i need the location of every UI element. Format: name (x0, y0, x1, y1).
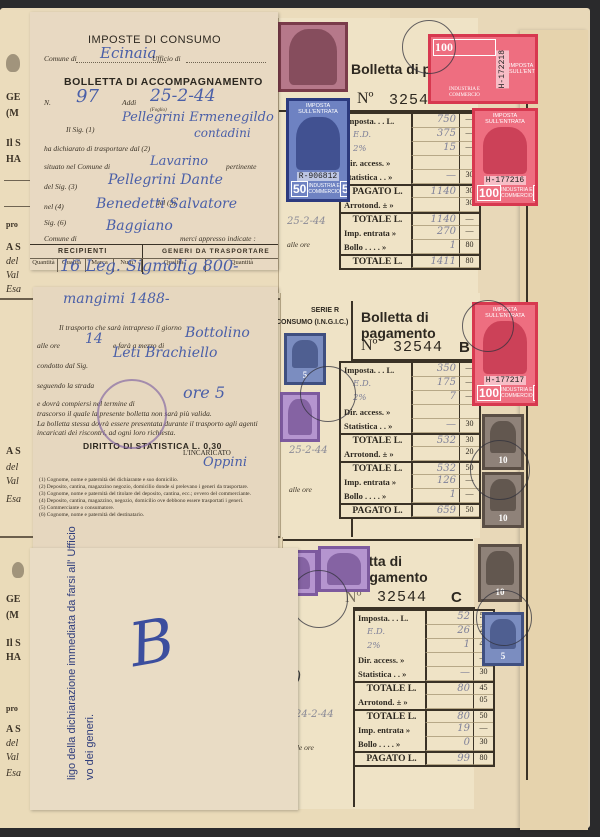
fee-amount (411, 156, 459, 170)
fee-row: E.D.175— (341, 377, 479, 391)
fee-label: Arrotond. ± » (341, 200, 411, 210)
transport-origin: Lavarino (150, 154, 208, 169)
ufficio-label: Ufficio di (152, 54, 181, 63)
driver-name: Leti Brachiello (113, 345, 217, 361)
fee-row: Imposta. . . L.350— (341, 363, 479, 377)
left-sheet-label: Il S (6, 638, 21, 649)
fee-row: Bollo . . . . »030 (355, 737, 493, 751)
number-label: N. (44, 98, 51, 107)
fee-label: Arrotond. ± » (341, 449, 411, 459)
fee-amount: 7 (411, 391, 459, 405)
left-sheet-label: Esa (6, 284, 21, 295)
fee-amount (411, 198, 459, 212)
fee-amount: 1411 (411, 256, 459, 268)
receipt-date: 25-2-44 (289, 445, 328, 456)
left-sheet-label: pro (6, 220, 18, 229)
left-sheet-label: (M (6, 610, 19, 621)
transport-label: ha dichiarato di trasportare dal (2) (44, 144, 150, 153)
fee-label: Statistica . . » (341, 421, 411, 431)
stamp-serial: R-906812 (297, 172, 339, 181)
series-header: SERIE R (311, 307, 339, 314)
hours-label: alle ore (289, 485, 312, 494)
hours-label: alle ore (37, 341, 60, 350)
recipient-label: Sig. (6) (44, 218, 66, 227)
declarant-role: contadini (194, 126, 251, 140)
fee-row: TOTALE L.53230 (341, 433, 479, 447)
fee-row: TOTALE L.8050 (355, 709, 493, 723)
fee-amount: 52 (425, 611, 473, 625)
fee-row: PAGATO L.114030 (341, 184, 479, 198)
owner-label: del Sig. (3) (44, 182, 77, 191)
stamp-serial: H-172218 (496, 50, 509, 88)
fee-amount: 1140 (411, 186, 459, 198)
accompanying-bill-bottom: mangimi 1488- Il trasporto che sarà intr… (33, 287, 278, 549)
receipt-title: lletta di pagamento (353, 553, 474, 585)
grid-header-containers: RECIPIENTI (58, 248, 107, 255)
transport-start-label: Il trasporto che sarà intrapreso il gior… (59, 323, 182, 332)
recipient-name: Benedetti Salvatore (96, 196, 237, 212)
fee-label: Bollo . . . . » (341, 242, 411, 252)
fee-row: TOTALE L.141180 (341, 254, 479, 268)
fee-row: 2%15— (341, 142, 479, 156)
fee-amount: 99 (425, 753, 473, 765)
located-label: situato nel Comune di (44, 162, 110, 171)
fee-amount (425, 653, 473, 667)
fee-label: Imposta. . . L. (355, 613, 425, 623)
fee-amount: 0 (425, 737, 473, 751)
fee-amount: 659 (411, 505, 459, 517)
fee-label: TOTALE L. (341, 464, 411, 474)
fee-label: TOTALE L. (355, 712, 425, 722)
fee-row: Statistica . . »—30 (355, 667, 493, 681)
fee-cents: — (459, 214, 479, 226)
receipt-number: 32544 (393, 339, 443, 356)
left-sheet-label: Il S (6, 138, 21, 149)
postmark (402, 20, 456, 74)
fee-row: Dir. access. »— (355, 653, 493, 667)
fee-amount: 532 (411, 435, 459, 447)
fee-row: Bollo . . . . »180 (341, 240, 479, 254)
fee-amount: — (411, 170, 459, 184)
left-sheet-label: A S (6, 242, 21, 253)
means-value: Bottolino (185, 325, 250, 341)
fee-amount: 532 (411, 463, 459, 475)
comune-value: Ecinaia (100, 44, 157, 62)
fee-label: Dir. access. » (341, 158, 411, 168)
fee-label: E.D. (341, 130, 411, 140)
fee-cents (459, 405, 479, 419)
fee-row: TOTALE L.8045 (355, 681, 493, 695)
fee-amount: 26 (425, 625, 473, 639)
revenue-stamp-maroon (278, 22, 348, 92)
fee-cents: 45 (473, 683, 493, 695)
fee-row: PAGATO L.65950 (341, 503, 479, 517)
fee-row: Statistica . . »—30 (341, 419, 479, 433)
fee-label: Imp. entrata » (341, 228, 411, 238)
fee-label: TOTALE L. (341, 436, 411, 446)
stamp-serial: H-177217 (484, 376, 526, 385)
left-sheet-label: del (6, 462, 18, 473)
fee-row: PAGATO L.9980 (355, 751, 493, 765)
coat-of-arms-icon (12, 562, 24, 578)
fee-table: Imposta. . . L.750—E.D.375—2%15—Dir. acc… (339, 112, 481, 270)
bottom-note: ligo della dichiarazione immediata da fa… (30, 548, 298, 810)
fee-row: Arrotond. ± »30 (341, 198, 479, 212)
fee-label: Dir. access. » (355, 655, 425, 665)
postmark (300, 366, 356, 422)
fee-label: PAGATO L. (355, 754, 425, 764)
fee-row: TOTALE L.53250 (341, 461, 479, 475)
fee-row: Imp. entrata »19— (355, 723, 493, 737)
fee-label: TOTALE L. (355, 684, 425, 694)
fee-amount: 270 (411, 226, 459, 240)
receipt-date: 24-2-44 (295, 709, 334, 720)
stamp-serial: H-177216 (484, 176, 526, 185)
fee-label: Statistica . . » (355, 669, 425, 679)
left-sheet-label: del (6, 256, 18, 267)
fee-cents: 30 (473, 737, 493, 751)
goods-line-1: 16 Leg. Sigmolig 800- (60, 256, 239, 275)
grid-col: Quantità (30, 259, 58, 272)
violet-postmark (97, 379, 167, 449)
fee-amount: 80 (425, 711, 473, 723)
fee-table: Imposta. . . L.5250E.D.26252%140Dir. acc… (353, 609, 495, 767)
fee-cents: 80 (459, 256, 479, 268)
fee-label: PAGATO L. (341, 506, 411, 516)
fee-label: Statistica . . » (341, 172, 411, 182)
fee-row: 2%140 (355, 639, 493, 653)
bill-date: 25-2-44 (150, 86, 216, 106)
left-sheet-label: HA (6, 154, 21, 165)
fee-row: Imp. entrata »270— (341, 226, 479, 240)
fee-cents: 50 (473, 711, 493, 723)
fee-label: Imp. entrata » (355, 725, 425, 735)
term-value: ore 5 (183, 383, 225, 402)
postmark (470, 440, 530, 500)
fee-row: Arrotond. ± »05 (355, 695, 493, 709)
fee-amount (425, 695, 473, 709)
fee-row: 2%7— (341, 391, 479, 405)
goods-line-2: mangimi 1488- (63, 291, 170, 307)
owner-name: Pellegrini Dante (108, 172, 223, 188)
fee-cents: 80 (473, 753, 493, 765)
fee-cents: 30 (473, 667, 493, 681)
fee-row: TOTALE L.1140— (341, 212, 479, 226)
revenue-stamp-blue-50: IMPOSTA SULL'ENTRATA R-906812 50INDUSTRI… (286, 98, 350, 202)
revenue-stamp-red-100: IMPOSTA SULL'ENTRATA H-177216 100INDUSTR… (472, 108, 538, 206)
officer-signature: Oppini (203, 455, 247, 470)
grid-header-goods: GENERI DA TRASPORTARE (162, 248, 270, 255)
left-sheet-label: (M (6, 108, 19, 119)
accompanying-bill-top: IMPOSTE DI CONSUMO Comune di Ecinaia Uff… (30, 12, 278, 270)
postmark (290, 570, 348, 628)
left-sheet-label: pro (6, 704, 18, 713)
coat-of-arms-icon (6, 54, 20, 72)
left-sheet-label: Esa (6, 768, 21, 779)
receipt-date: 25-2-44 (287, 216, 326, 227)
fee-label: 2% (341, 144, 411, 154)
fee-amount: 350 (411, 363, 459, 377)
hours-value: 14 (85, 331, 103, 347)
fee-amount: 126 (411, 475, 459, 489)
vertical-instruction-2: vo dei generi. (84, 714, 96, 780)
postmark (476, 590, 532, 646)
fee-label: Bollo . . . . » (341, 491, 411, 501)
fee-amount: 1 (411, 240, 459, 254)
fee-cents: — (459, 489, 479, 503)
receipt-series-letter: C (451, 589, 462, 606)
fee-row: Statistica . . »—30 (341, 170, 479, 184)
fee-amount: 750 (411, 114, 459, 128)
destination-label: nel (4) (44, 202, 64, 211)
fee-amount: 1 (425, 639, 473, 653)
fee-row: E.D.375— (341, 128, 479, 142)
left-sheet-label: del (6, 738, 18, 749)
postmark (462, 300, 514, 352)
fee-row: Dir. access. » (341, 405, 479, 419)
fee-cents: 50 (459, 505, 479, 517)
left-sheet-label: A S (6, 724, 21, 735)
fee-row: Imposta. . . L.750— (341, 114, 479, 128)
fee-label: PAGATO L. (341, 187, 411, 197)
fee-amount: 19 (425, 723, 473, 737)
fee-row: Arrotond. ± »20 (341, 447, 479, 461)
fee-label: 2% (355, 641, 425, 651)
fee-label: TOTALE L. (341, 257, 411, 267)
comune2-label: Comune di (44, 234, 77, 243)
left-sheet-label: A S (6, 446, 21, 457)
road-label: seguendo la strada (37, 381, 94, 390)
fee-row: Dir. access. » (341, 156, 479, 170)
receipt-number-label: Nº (357, 90, 374, 108)
fee-amount: 375 (411, 128, 459, 142)
fee-cents: 30 (459, 419, 479, 433)
hours-label: alle ore (287, 240, 310, 249)
fee-amount: — (425, 667, 473, 681)
comune2-value: Baggiano (106, 218, 173, 234)
fee-label: Arrotond. ± » (355, 697, 425, 707)
fee-cents: 80 (459, 240, 479, 254)
left-sheet-label: Esa (6, 494, 21, 505)
fee-label: TOTALE L. (341, 215, 411, 225)
driver-label: condotto dal Sig. (37, 361, 88, 370)
fee-amount: 80 (425, 683, 473, 695)
fee-cents: 30 (459, 435, 479, 447)
fee-label: E.D. (355, 627, 425, 637)
fee-table: Imposta. . . L.350—E.D.175—2%7—Dir. acce… (339, 361, 481, 519)
fee-row: Imposta. . . L.5250 (355, 611, 493, 625)
declarant-name: Pellegrini Ermenegildo (122, 110, 274, 125)
receipt-number: 32544 (377, 589, 427, 606)
fee-amount: — (411, 419, 459, 433)
fee-cents: — (473, 723, 493, 737)
left-sheet-label: GE (6, 92, 20, 103)
fee-amount: 1140 (411, 214, 459, 226)
fee-label: Bollo . . . . » (355, 739, 425, 749)
fee-row: Imp. entrata »126— (341, 475, 479, 489)
signature: B (124, 605, 180, 682)
fee-amount: 1 (411, 489, 459, 503)
fee-cents: — (459, 226, 479, 240)
fee-row: E.D.2625 (355, 625, 493, 639)
goods-label: merci appresso indicate : (180, 234, 256, 243)
office-header: CONSUMO (I.N.G.I.C.) (276, 319, 348, 326)
footnotes: (1) Cognome, nome e paternità del dichia… (39, 477, 273, 519)
left-sheet-label: GE (6, 594, 20, 605)
receipt-number-label: Nº (361, 337, 378, 355)
fee-label: Imposta. . . L. (341, 365, 411, 375)
fee-row: Bollo . . . . »1— (341, 489, 479, 503)
fee-amount (411, 405, 459, 419)
sig-label: Il Sig. (1) (66, 125, 95, 134)
left-sheet-label: Val (6, 270, 19, 281)
fee-label: Imposta. . . L. (341, 116, 411, 126)
fee-amount (411, 447, 459, 461)
fee-label: Imp. entrata » (341, 477, 411, 487)
left-sheet-label: Val (6, 752, 19, 763)
vertical-instruction-1: ligo della dichiarazione immediata da fa… (66, 526, 78, 780)
date-label: Addì (122, 98, 136, 107)
fee-amount: 175 (411, 377, 459, 391)
left-sheet-label: Val (6, 476, 19, 487)
left-sheet-label: HA (6, 652, 21, 663)
fee-cents: 05 (473, 695, 493, 709)
comune-label: Comune di (44, 54, 77, 63)
fee-amount: 15 (411, 142, 459, 156)
bill-number: 97 (76, 86, 99, 107)
belonging-label: pertinente (226, 162, 256, 171)
